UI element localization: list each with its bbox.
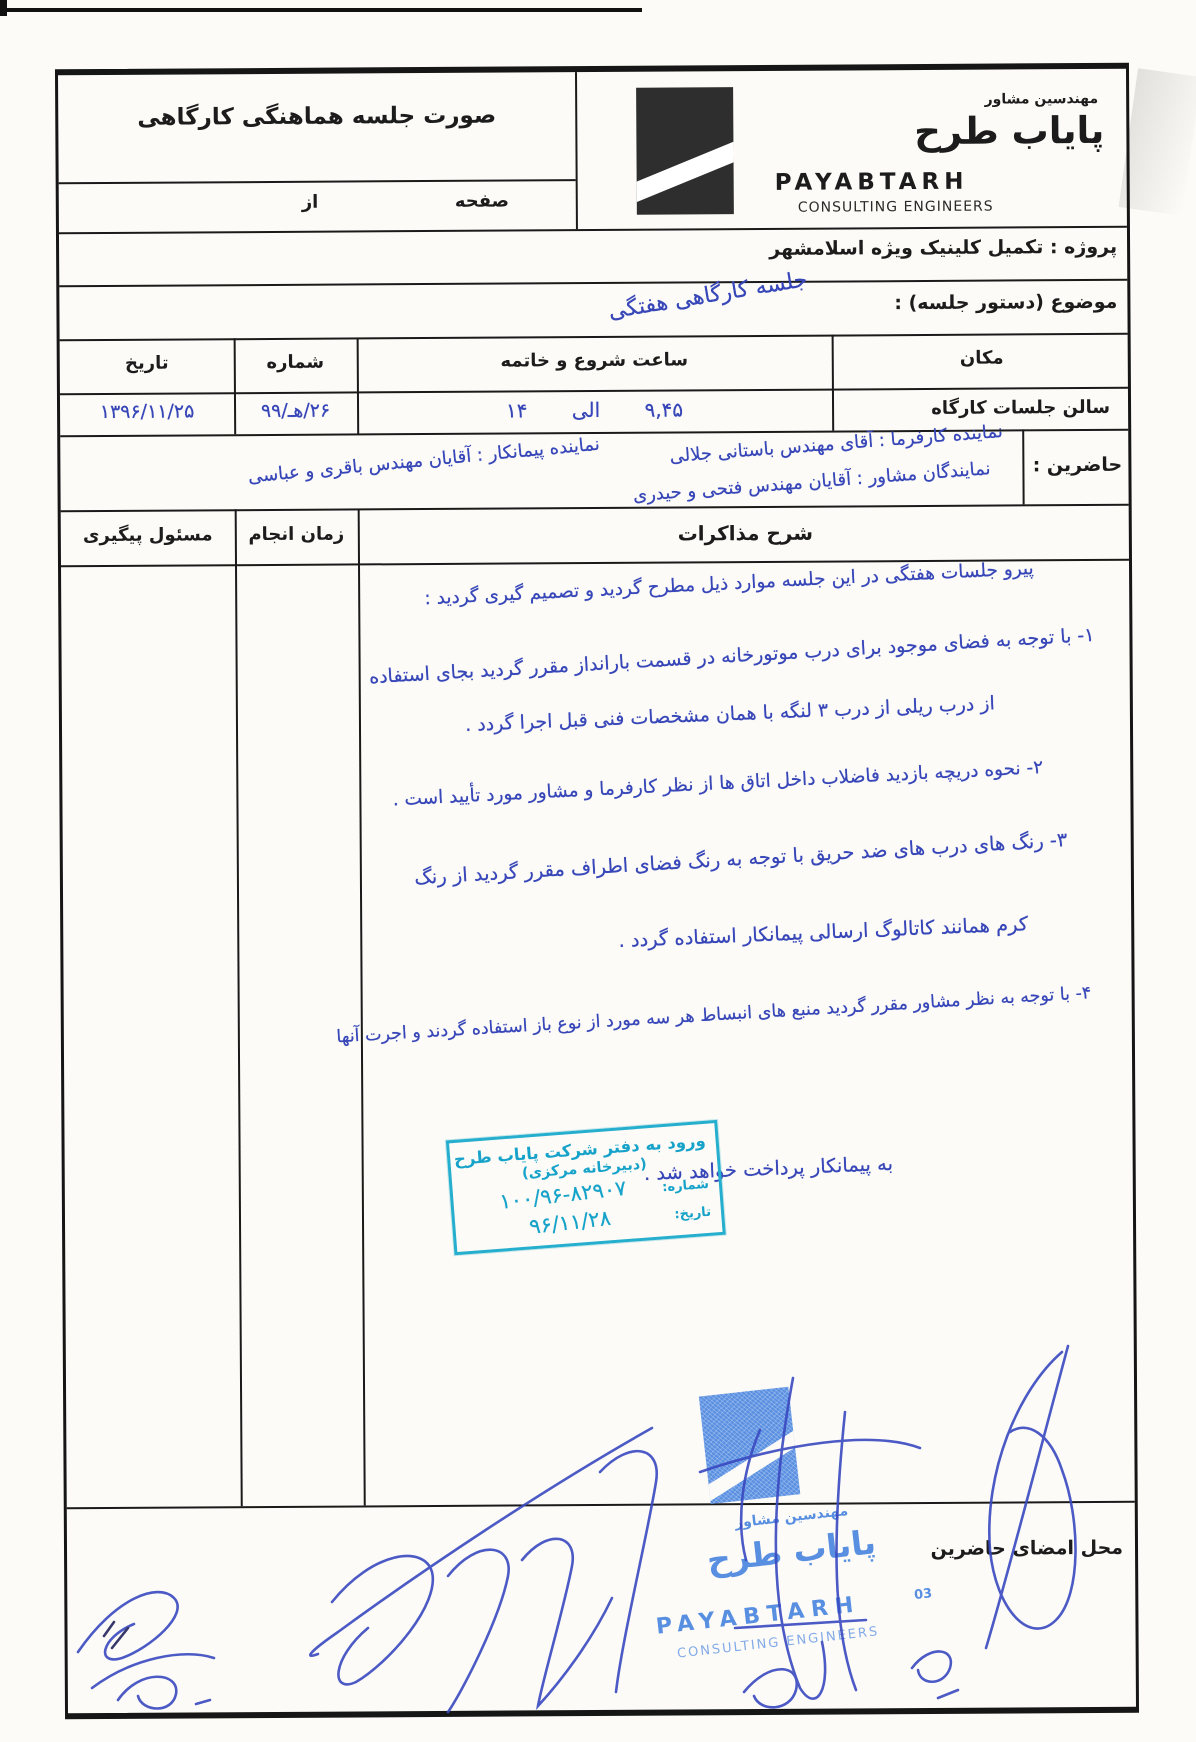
subject-handwritten-value: جلسه کارگاهی هفتگی [607, 267, 809, 324]
entry-stamp-number-label: شماره: [662, 1176, 710, 1195]
minutes-description-header: شرح مذاکرات [358, 519, 1133, 548]
logo-tagline-fa: مهندسین مشاور [985, 91, 1099, 108]
minutes-line: ۳- رنگ های درب های ضد حریق با توجه به رن… [414, 828, 1068, 889]
page-label: صفحه [455, 191, 509, 212]
minutes-line: از درب ریلی از درب ۳ لنگه با همان مشخصات… [465, 692, 995, 736]
grid-line [358, 508, 366, 1505]
location-header: مکان [832, 347, 1132, 370]
time-handwritten-value: ۹,۴۵ الی ۱۴ [357, 397, 832, 424]
attendee-line: نماینده پیمانکار : آقایان مهندس باقری و … [247, 434, 600, 488]
date-handwritten-value: ۱۳۹۶/۱۱/۲۵ [60, 400, 234, 423]
number-header: شماره [234, 351, 357, 373]
logo-stripe-icon [636, 136, 734, 205]
scanned-meeting-minutes-page: صورت جلسه هماهنگی کارگاهی صفحه از مهندسی… [0, 0, 1196, 1742]
stamp-code: 03 [913, 1586, 933, 1603]
scan-artifact-line [0, 8, 642, 12]
logo-name-en: PAYABTARH [775, 169, 969, 196]
minutes-line: کرم همانند کاتالوگ ارسالی پیمانکار استفا… [618, 912, 1029, 952]
grid-line [575, 72, 578, 229]
minutes-time-header: زمان انجام [235, 523, 358, 545]
number-handwritten-value: ۲۶/هـ/۹۹ [234, 399, 357, 422]
minutes-line: پیرو جلسات هفتگی در این جلسه موارد ذیل م… [424, 558, 1034, 609]
minutes-line: ۱- با توجه به فضای موجود برای درب موتورخ… [368, 624, 1094, 688]
grid-line [59, 226, 1127, 235]
subject-row-label: موضوع (دستور جلسه) : [894, 291, 1117, 314]
minutes-responsible-header: مسئول پیگیری [61, 524, 235, 546]
grid-line [59, 279, 1127, 288]
logo-subtitle-en: CONSULTING ENGINEERS [798, 199, 994, 216]
company-ink-stamp: مهندسین مشاور پایاب طرح PAYABTARH 03 CON… [571, 1363, 983, 1713]
stamp-name-fa: پایاب طرح [705, 1522, 878, 1580]
location-value: سالن جلسات کارگاه [832, 397, 1124, 420]
grid-line [60, 387, 1128, 396]
entry-stamp-date-label: تاریخ: [674, 1204, 712, 1222]
company-logo-icon [636, 87, 734, 215]
grid-line [59, 179, 576, 184]
signatures-area-label: محل امضای حاضرین [931, 1537, 1124, 1560]
date-header: تاریخ [60, 352, 234, 374]
scan-artifact-streak [1119, 68, 1196, 216]
time-header: ساعت شروع و خاتمه [357, 349, 832, 373]
scan-artifact-corner [0, 0, 7, 16]
office-entry-stamp: ورود به دفتر شرکت پایاب طرح (دبیرخانه مر… [446, 1120, 726, 1255]
form-sheet: صورت جلسه هماهنگی کارگاهی صفحه از مهندسی… [55, 63, 1139, 1720]
document-title: صورت جلسه هماهنگی کارگاهی [58, 102, 575, 131]
grid-line [235, 509, 243, 1506]
stamp-logo-stripe-icon [699, 1421, 800, 1504]
of-label: از [302, 192, 319, 213]
project-row-label: پروژه : تکمیل کلینیک ویژه اسلامشهر [769, 236, 1117, 260]
minutes-line: ۴- با توجه به نظر مشاور مقرر گردید منبع … [336, 983, 1092, 1047]
grid-line [60, 333, 1128, 342]
grid-line [61, 504, 1129, 513]
attendees-label: حاضرین : [1022, 454, 1132, 477]
logo-name-fa: پایاب طرح [914, 109, 1104, 153]
minutes-line: ۲- نحوه دریچه بازدید فاضلاب داخل اتاق ها… [392, 757, 1043, 810]
stamp-logo-icon [699, 1387, 800, 1504]
